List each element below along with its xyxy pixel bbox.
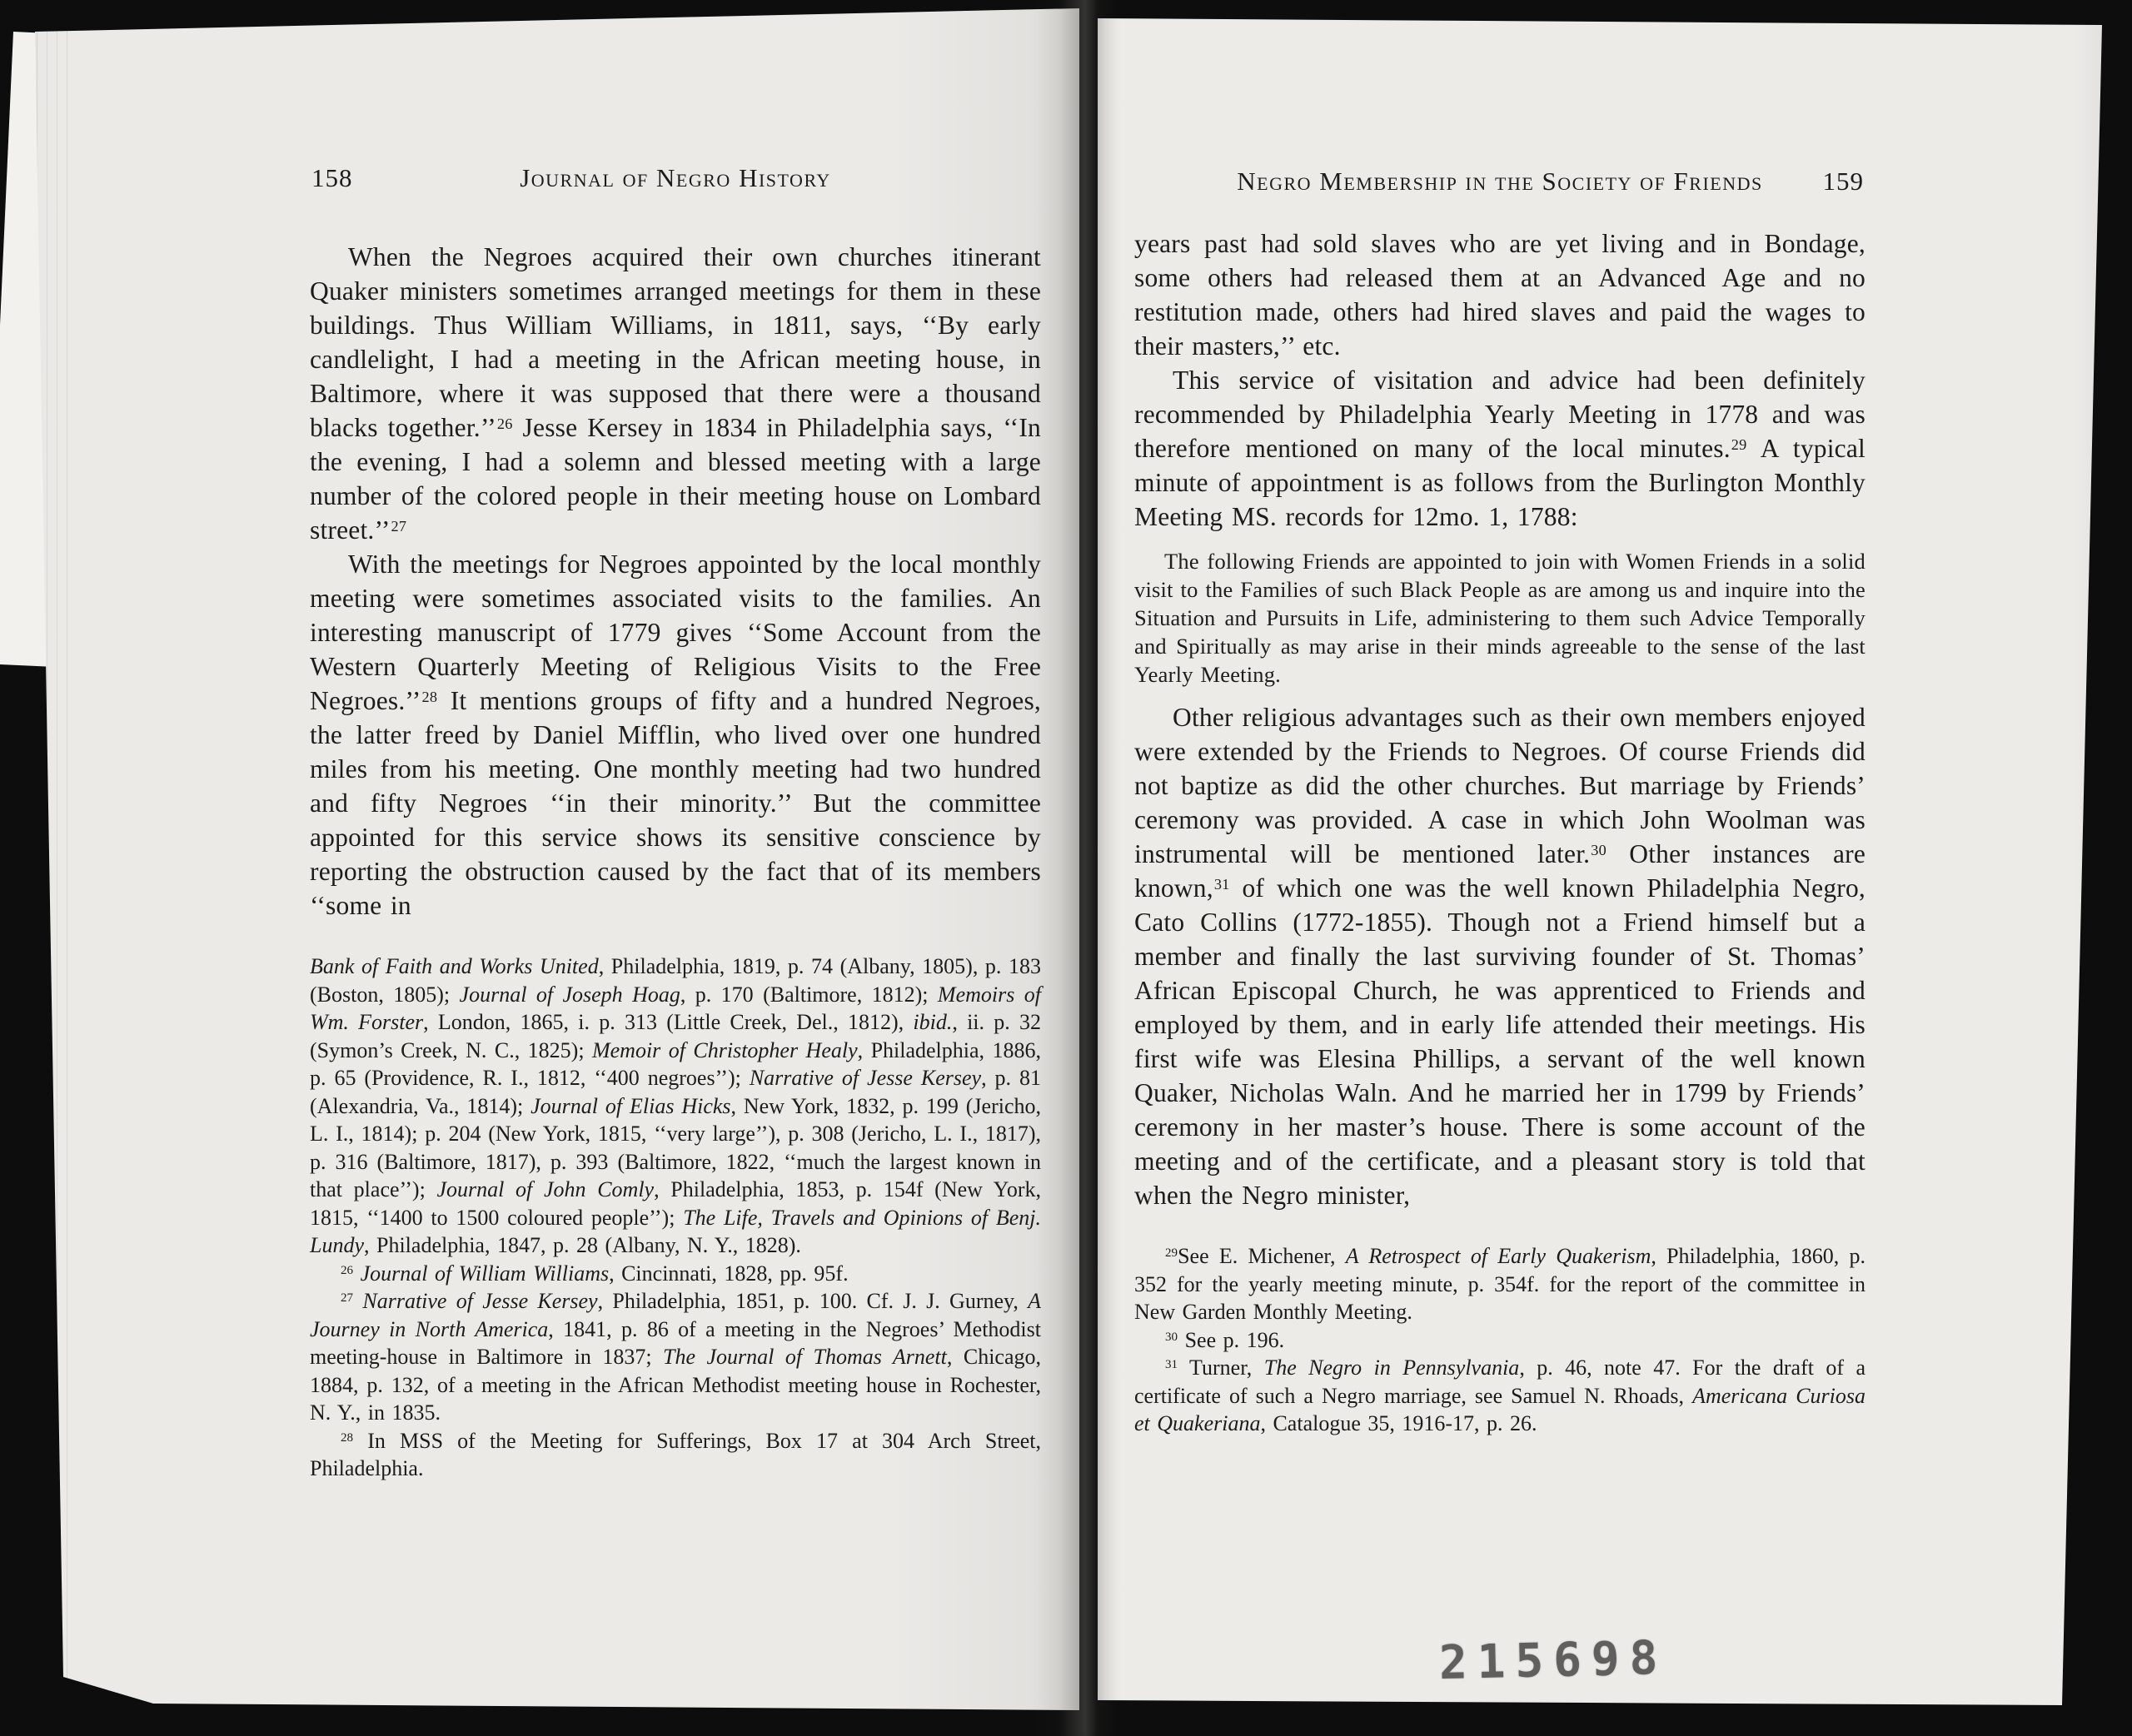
footnote-28: 28 In MSS of the Meeting for Sufferings,… xyxy=(310,1427,1041,1483)
left-page-header: 158 Journal of Negro History xyxy=(310,163,1041,198)
footnote-29: 29See E. Michener, A Retrospect of Early… xyxy=(1134,1242,1865,1326)
body-paragraph: With the meetings for Negroes appointed … xyxy=(310,547,1041,923)
left-page-content: 158 Journal of Negro History When the Ne… xyxy=(310,163,1041,1483)
right-footnotes-section: 29See E. Michener, A Retrospect of Early… xyxy=(1134,1242,1865,1438)
left-page-number: 158 xyxy=(311,163,353,193)
right-page-header: Negro Membership in the Society of Frien… xyxy=(1134,167,1865,201)
block-quote-text: The following Friends are appointed to j… xyxy=(1134,547,1865,689)
footnote-27: 27 Narrative of Jesse Kersey, Philadelph… xyxy=(310,1287,1041,1427)
right-page-number: 159 xyxy=(1823,167,1865,196)
left-running-title: Journal of Negro History xyxy=(520,163,831,192)
footnote-26: 26 Journal of William Williams, Cincinna… xyxy=(310,1260,1041,1288)
minute-block-quote: The following Friends are appointed to j… xyxy=(1134,547,1865,689)
footnote-continuation: Bank of Faith and Works United, Philadel… xyxy=(310,953,1041,1260)
left-footnotes-section: Bank of Faith and Works United, Philadel… xyxy=(310,953,1041,1483)
right-page-content: Negro Membership in the Society of Frien… xyxy=(1134,167,1865,1438)
footnote-31: 31 Turner, The Negro in Pennsylvania, p.… xyxy=(1134,1354,1865,1438)
body-paragraph: When the Negroes acquired their own chur… xyxy=(310,240,1041,547)
footnote-30: 30 See p. 196. xyxy=(1134,1326,1865,1355)
accession-stamp: 215698 xyxy=(1438,1631,1668,1690)
body-paragraph: This service of visitation and advice ha… xyxy=(1134,363,1865,534)
open-book-photo: 158 Journal of Negro History When the Ne… xyxy=(0,0,2132,1736)
body-paragraph: Other religious advantages such as their… xyxy=(1134,700,1865,1212)
right-running-title: Negro Membership in the Society of Frien… xyxy=(1237,167,1763,196)
body-paragraph: years past had sold slaves who are yet l… xyxy=(1134,226,1865,363)
left-page-edge-lines xyxy=(37,7,75,1710)
